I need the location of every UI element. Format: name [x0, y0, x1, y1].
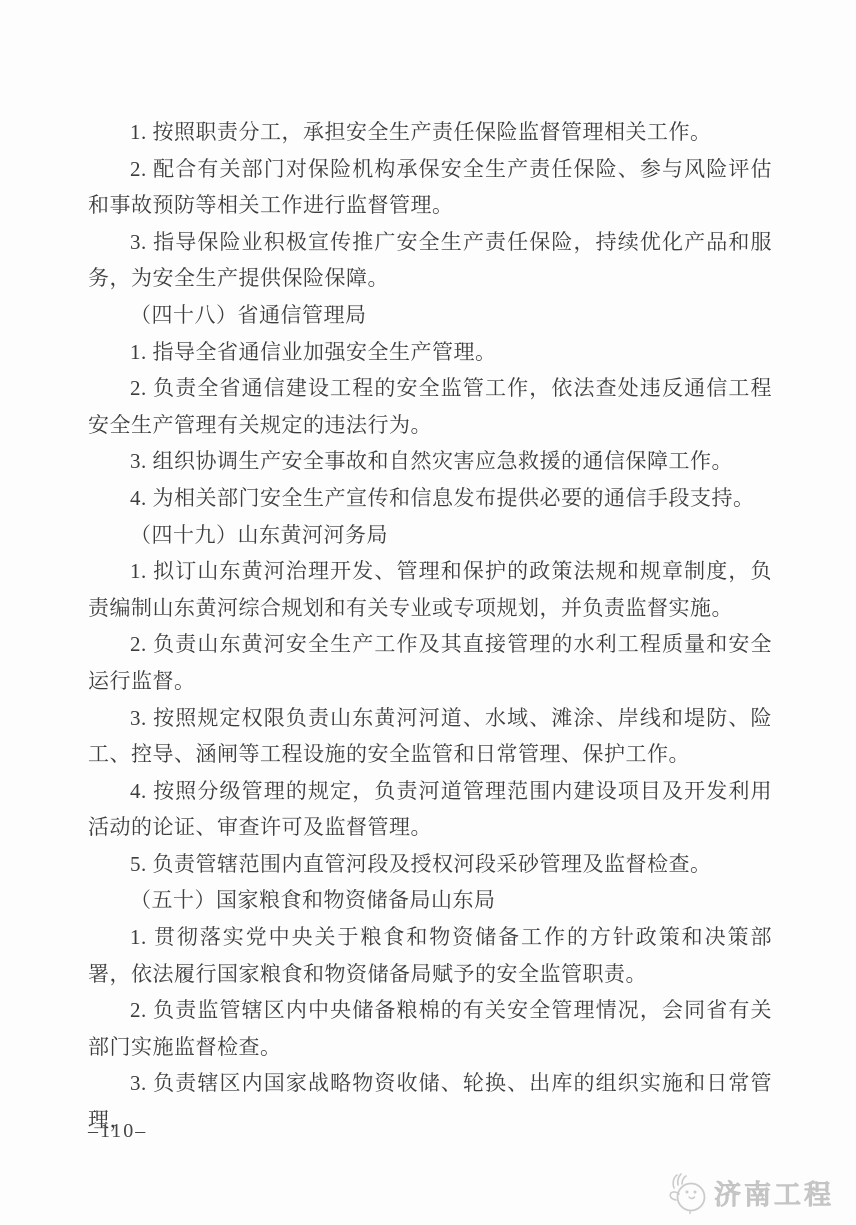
list-item-paragraph: 1. 贯彻落实党中央关于粮食和物资储备工作的方针政策和决策部署，依法履行国家粮食…: [88, 919, 772, 992]
list-item-paragraph: 5. 负责管辖范围内直管河段及授权河段采砂管理及监督检查。: [88, 846, 772, 883]
section-heading: （五十）国家粮食和物资储备局山东局: [88, 882, 772, 919]
section-heading: （四十九）山东黄河河务局: [88, 517, 772, 554]
list-item-paragraph: 4. 按照分级管理的规定，负责河道管理范围内建设项目及开发利用活动的论证、审查许…: [88, 773, 772, 846]
section-heading: （四十八）省通信管理局: [88, 297, 772, 334]
list-item-paragraph: 2. 配合有关部门对保险机构承保安全生产责任保险、参与风险评估和事故预防等相关工…: [88, 151, 772, 224]
list-item-paragraph: 2. 负责全省通信建设工程的安全监管工作，依法查处违反通信工程安全生产管理有关规…: [88, 370, 772, 443]
list-item-paragraph: 3. 按照规定权限负责山东黄河河道、水域、滩涂、岸线和堤防、险工、控导、涵闸等工…: [88, 700, 772, 773]
list-item-paragraph: 1. 指导全省通信业加强安全生产管理。: [88, 334, 772, 371]
list-item-paragraph: 2. 负责山东黄河安全生产工作及其直接管理的水利工程质量和安全运行监督。: [88, 626, 772, 699]
list-item-paragraph: 3. 组织协调生产安全事故和自然灾害应急救援的通信保障工作。: [88, 443, 772, 480]
document-body: 1. 按照职责分工，承担安全生产责任保险监督管理相关工作。2. 配合有关部门对保…: [88, 114, 772, 1139]
list-item-paragraph: 3. 指导保险业积极宣传推广安全生产责任保险，持续优化产品和服务，为安全生产提供…: [88, 224, 772, 297]
list-item-paragraph: 1. 按照职责分工，承担安全生产责任保险监督管理相关工作。: [88, 114, 772, 151]
list-item-paragraph: 2. 负责监管辖区内中央储备粮棉的有关安全管理情况，会同省有关部门实施监督检查。: [88, 992, 772, 1065]
document-page: 1. 按照职责分工，承担安全生产责任保险监督管理相关工作。2. 配合有关部门对保…: [0, 0, 856, 1225]
watermark-text: 济南工程: [714, 1173, 834, 1212]
page-number: –110–: [88, 1120, 147, 1143]
list-item-paragraph: 3. 负责辖区内国家战略物资收储、轮换、出库的组织实施和日常管理，: [88, 1065, 772, 1138]
list-item-paragraph: 1. 拟订山东黄河治理开发、管理和保护的政策法规和规章制度，负责编制山东黄河综合…: [88, 553, 772, 626]
list-item-paragraph: 4. 为相关部门安全生产宣传和信息发布提供必要的通信手段支持。: [88, 480, 772, 517]
watermark: 济南工程: [668, 1170, 834, 1214]
mascot-doodle-icon: [668, 1170, 710, 1214]
